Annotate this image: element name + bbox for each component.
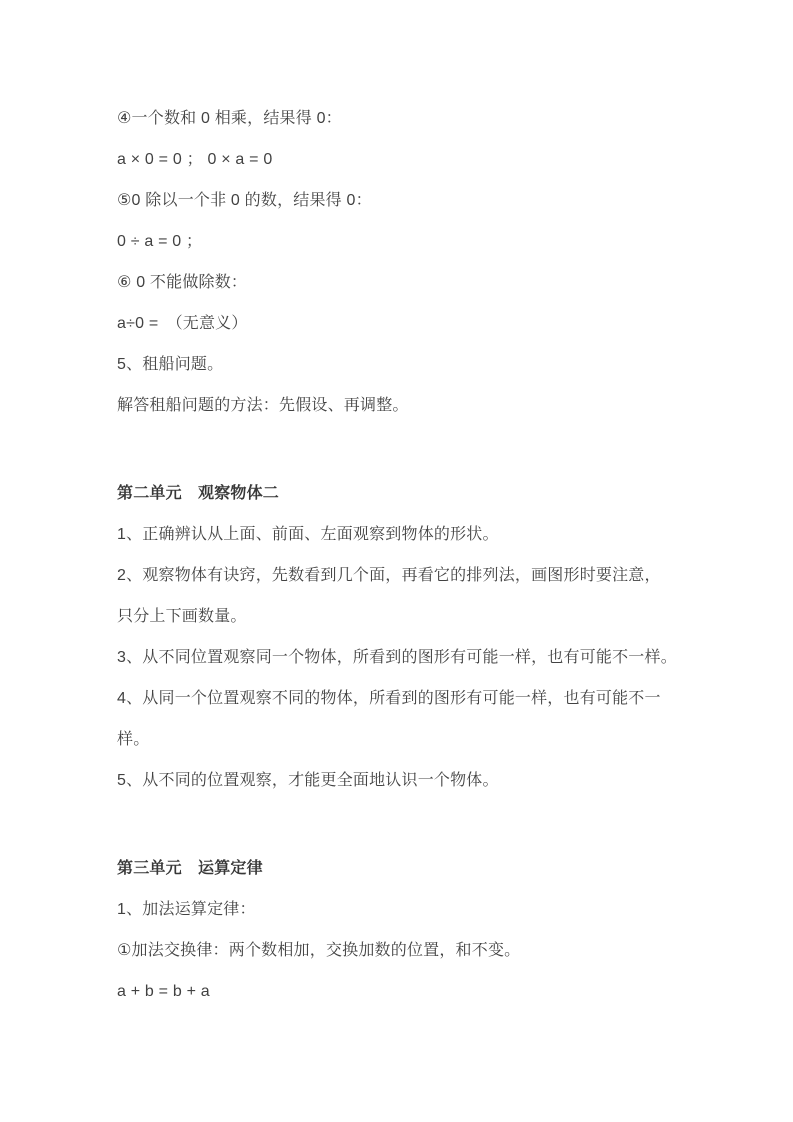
doc-formula: a × 0 = 0 ； 0 × a = 0 bbox=[117, 139, 723, 180]
section-heading-unit2: 第二单元 观察物体二 bbox=[117, 473, 723, 514]
doc-paragraph: ④一个数和 0 相乘，结果得 0： bbox=[117, 98, 723, 139]
doc-formula: a÷0 = （无意义） bbox=[117, 303, 723, 344]
section-heading-unit3: 第三单元 运算定律 bbox=[117, 848, 723, 889]
section-unit2: 第二单元 观察物体二 1、正确辨认从上面、前面、左面观察到物体的形状。 2、观察… bbox=[117, 473, 723, 801]
doc-formula: 0 ÷ a = 0 ； bbox=[117, 221, 723, 262]
doc-list-item: 1、加法运算定律： bbox=[117, 889, 723, 930]
doc-paragraph: 解答租船问题的方法：先假设、再调整。 bbox=[117, 385, 723, 426]
doc-list-item: 3、从不同位置观察同一个物体，所看到的图形有可能一样，也有可能不一样。 bbox=[117, 637, 723, 678]
section-unit3: 第三单元 运算定律 1、加法运算定律： ①加法交换律：两个数相加，交换加数的位置… bbox=[117, 848, 723, 1012]
doc-paragraph: ⑥ 0 不能做除数： bbox=[117, 262, 723, 303]
doc-list-item: 1、正确辨认从上面、前面、左面观察到物体的形状。 bbox=[117, 514, 723, 555]
doc-list-item: 4、从同一个位置观察不同的物体，所看到的图形有可能一样，也有可能不一 样。 bbox=[117, 678, 723, 760]
doc-list-item: 2、观察物体有诀窍，先数看到几个面，再看它的排列法，画图形时要注意， 只分上下画… bbox=[117, 555, 723, 637]
doc-paragraph: ⑤0 除以一个非 0 的数，结果得 0： bbox=[117, 180, 723, 221]
document-content: ④一个数和 0 相乘，结果得 0： a × 0 = 0 ； 0 × a = 0 … bbox=[0, 0, 793, 1012]
section-unit1-continued: ④一个数和 0 相乘，结果得 0： a × 0 = 0 ； 0 × a = 0 … bbox=[117, 98, 723, 426]
document-page: ④一个数和 0 相乘，结果得 0： a × 0 = 0 ； 0 × a = 0 … bbox=[0, 0, 793, 1122]
doc-paragraph: 5、租船问题。 bbox=[117, 344, 723, 385]
doc-paragraph: ①加法交换律：两个数相加，交换加数的位置，和不变。 bbox=[117, 930, 723, 971]
doc-formula: a + b = b + a bbox=[117, 971, 723, 1012]
doc-list-item: 5、从不同的位置观察，才能更全面地认识一个物体。 bbox=[117, 760, 723, 801]
